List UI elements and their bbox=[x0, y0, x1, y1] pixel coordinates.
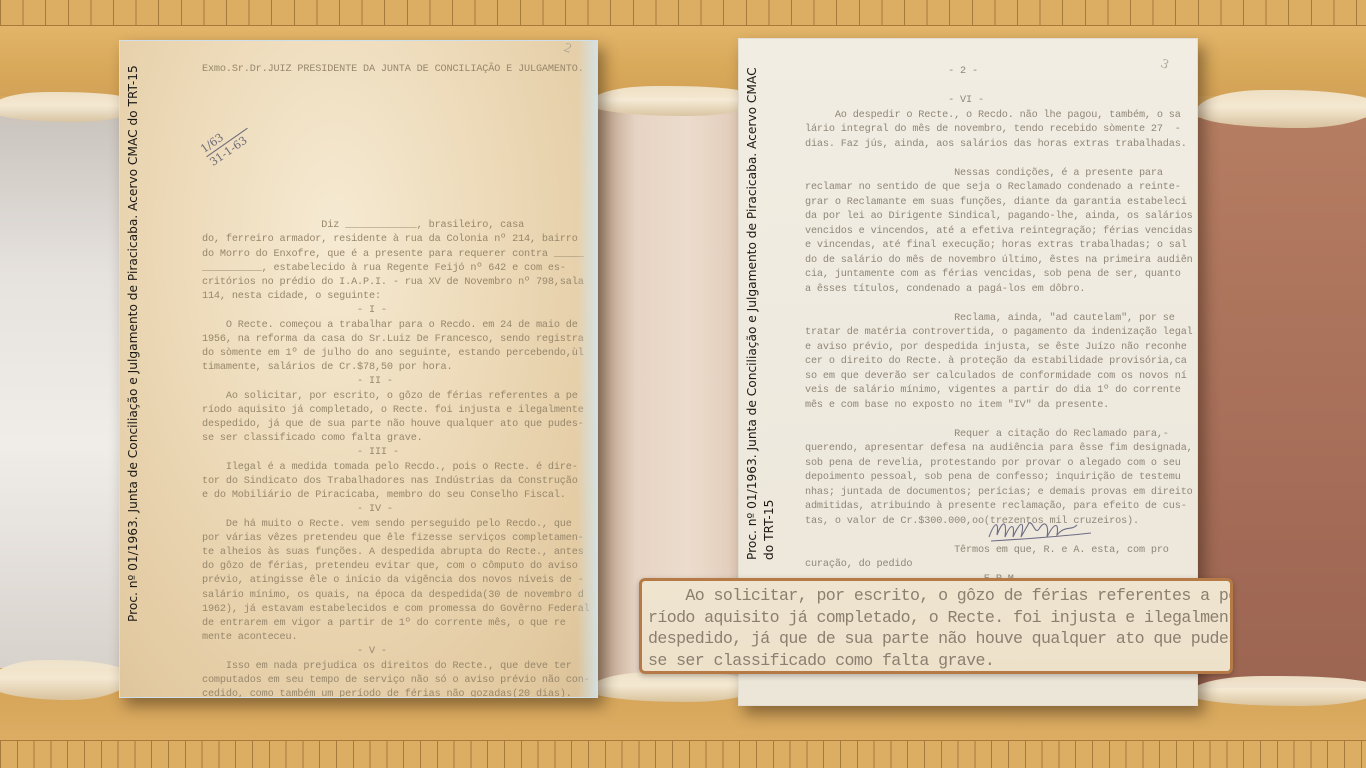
typewritten-text-page-2: - 2 - - VI - Ao despedir o Recte., o Rec… bbox=[805, 65, 1193, 660]
typewritten-text-page-1: Exmo.Sr.Dr.JUIZ PRESIDENTE DA JUNTA DE C… bbox=[202, 63, 590, 698]
archive-caption-right: Proc. nº 01/1963. Junta de Conciliação e… bbox=[744, 44, 780, 560]
torn-paper-edge bbox=[1190, 676, 1366, 706]
torn-paper-edge bbox=[0, 660, 130, 700]
background-top-ruled-strip bbox=[0, 0, 1366, 26]
torn-paper-edge bbox=[1196, 90, 1366, 128]
page-folio-mark: 2 bbox=[562, 40, 574, 56]
magnified-excerpt-box: Ao solicitar, por escrito, o gôzo de fér… bbox=[639, 578, 1233, 674]
signature-scribble bbox=[985, 515, 1095, 547]
background-grey-panel-left bbox=[0, 108, 130, 668]
torn-paper-edge bbox=[590, 86, 760, 116]
document-page-1: 2 1/63 31-1-63 Exmo.Sr.Dr.JUIZ PRESIDENT… bbox=[119, 40, 598, 698]
archive-caption-left: Proc. nº 01/1963. Junta de Conciliação e… bbox=[125, 46, 142, 622]
torn-paper-edge bbox=[590, 672, 760, 702]
magnified-excerpt-text: Ao solicitar, por escrito, o gôzo de fér… bbox=[648, 585, 1233, 671]
background-bottom-ruled-strip bbox=[0, 740, 1366, 768]
